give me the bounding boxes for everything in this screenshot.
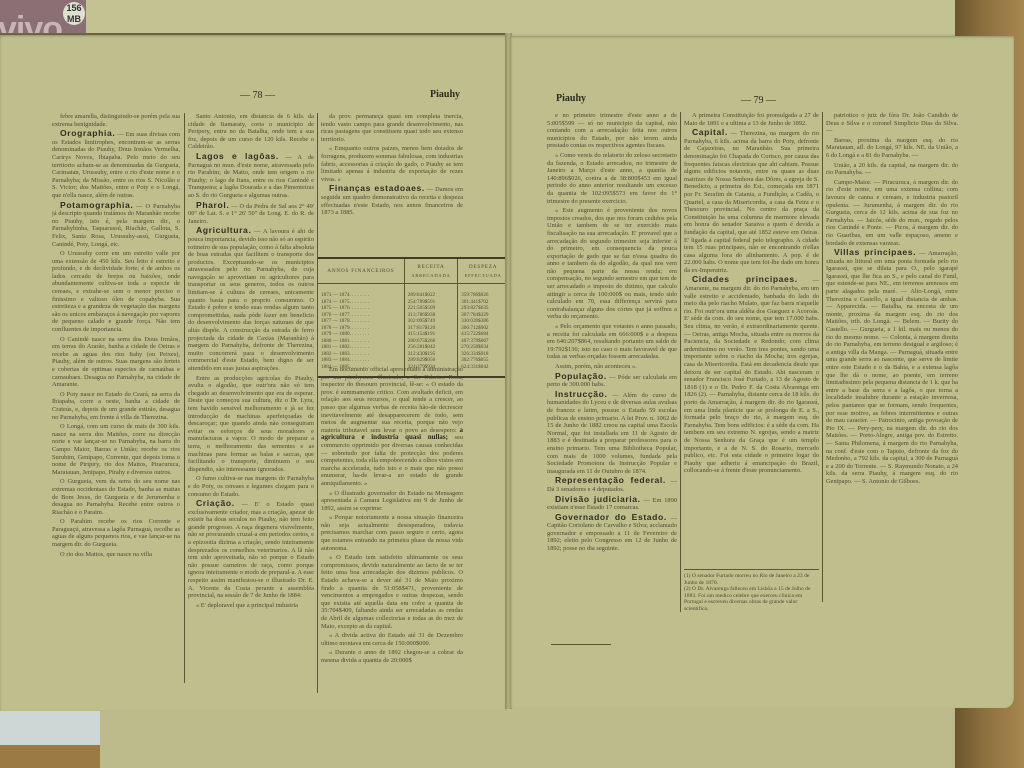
left-column-2: Santo Antonio, em distancia de 6 kils. d… — [188, 113, 314, 693]
running-head: Piauhy — [430, 89, 460, 100]
paragraph: febre amarella, distinguindo-se porém pe… — [52, 113, 180, 128]
finance-table: ANNOS FINANCEIROS RECEITAARRECADADA DESP… — [318, 257, 508, 378]
right-page: Piauhy — 79 — e no primeiro trimestre d'… — [511, 36, 1014, 708]
paragraph: A primeira Constituição foi promulgada a… — [684, 112, 819, 127]
paragraph: « Pelo orçamento que votastes o anno pas… — [547, 323, 677, 361]
paragraph: patriotico o juiz de fóra Dr. João Candi… — [826, 112, 958, 135]
section-heading: Divisão judiciaria. — [555, 494, 641, 504]
paragraph: « O illustrado governador do Estado na M… — [321, 490, 463, 513]
paragraph: — Em suas divisas com os Estados limitro… — [52, 131, 180, 199]
paragraph: « Como vereis do relatorio do zeloso sec… — [547, 152, 677, 205]
paragraph: Em documento official apresentado á admi… — [321, 366, 463, 434]
end-rule — [551, 644, 611, 645]
section-heading: Villas principaes. — [834, 247, 916, 257]
table-row: 1875 — 1876. . . . . . . .221:505$509293… — [318, 305, 508, 312]
section-heading: Capital. — [692, 127, 728, 137]
footnote: (2) O Dr. Alvarenga falleceu em Lisbôa a… — [684, 586, 819, 612]
table-row: 1883 — 1884. . . . . . . .289:829$050302… — [318, 357, 508, 364]
paragraph: — A lavoura é ahi de pouca importancia, … — [188, 228, 314, 372]
table-row: 1873 — 1874. . . . . . . .289:841$022359… — [318, 284, 508, 299]
column-divider — [184, 113, 185, 683]
left-column-3-top: da prov. permaneça quasi em completa ine… — [321, 113, 463, 225]
running-head: Piauhy — [556, 93, 586, 104]
background-sim-card: vivo 156 MB — [0, 0, 86, 36]
paragraph: Barras, proxima da margem esq. do rio Ma… — [826, 137, 958, 160]
right-column-1: e no primeiro trimestre d'este anno a de… — [547, 112, 677, 612]
paragraph: Santo Antonio, em distancia de 6 kils. d… — [188, 113, 314, 151]
table-header: ANNOS FINANCEIROS — [318, 259, 404, 284]
right-column-2: A primeira Constituição foi promulgada a… — [684, 112, 819, 565]
paragraph: — E' o Estado quasi exclusivamente criad… — [188, 501, 314, 599]
paragraph: O Urussuhy corre em um estreito valle po… — [52, 250, 180, 334]
column-divider — [317, 113, 318, 693]
section-heading: Instrucção. — [555, 389, 607, 399]
table-header: RECEITAARRECADADA — [404, 259, 457, 284]
paragraph: « O Estado tem satisfeito ultimamente os… — [321, 554, 463, 630]
paragraph: O rio dos Mattos, que nasce na villa — [52, 551, 180, 559]
paragraph: — Amarração, situada no littoral em uma … — [826, 250, 958, 485]
table-header: DESPEZAEFFECTUADA — [458, 259, 508, 284]
table-row: 1879 — 1880. . . . . . . .415:154$191415… — [318, 331, 508, 338]
footnote: (1) O senador Furtado morreu no Rio de J… — [684, 573, 819, 586]
table-row: 1881 — 1882. . . . . . . .256:281$042270… — [318, 344, 508, 351]
footnote-rule — [684, 569, 819, 570]
table-row: 1877 — 1878. . . . . . . .302:095$749330… — [318, 318, 508, 325]
background-surface — [86, 0, 961, 34]
right-column-3: patriotico o juiz de fóra Dr. João Candi… — [826, 112, 958, 602]
paragraph: O Parahim recebe os rios Corrente e Para… — [52, 518, 180, 548]
paragraph: O fumo cultiva-se nas margens do Parnahy… — [188, 475, 314, 498]
paragraph: da prov. permaneça quasi em completa ine… — [321, 113, 463, 143]
page-number: — 79 — — [741, 95, 776, 106]
paragraph: Assim, porém, não aconteceu ». — [547, 363, 677, 371]
page-number: — 78 — — [240, 90, 275, 101]
paragraph: « Durante o anno de 1892 chegou-se a cob… — [321, 649, 463, 664]
paragraph: — Therezina, na margem do rio Parnahyba,… — [684, 130, 819, 274]
footnotes: (1) O senador Furtado morreu no Rio de J… — [684, 573, 819, 613]
left-column-1: febre amarella, distinguindo-se porém pe… — [52, 113, 180, 703]
paragraph: « E' deploravel que a principal industri… — [188, 602, 314, 610]
paragraph: « Este augmento é proveniente dos novos … — [547, 207, 677, 321]
paragraph: — Além do curso de humanidades do Lyceu … — [547, 392, 677, 475]
left-page: — 78 — Piauhy febre amarella, distinguin… — [0, 33, 506, 711]
paragraph: O Poty nasce no Estado do Ceará, na serr… — [52, 391, 180, 421]
paragraph: Entre as producções agricolas do Piauhy,… — [188, 375, 314, 474]
column-divider — [680, 112, 681, 612]
paragraph: — A de Parnaguá no mun. d'este nome, atr… — [188, 154, 314, 199]
paragraph: — Amarante, na margem dir. do rio Parnah… — [684, 277, 819, 474]
quote: « Emquanto outros paizes, menos bem dota… — [321, 145, 463, 183]
section-heading: Criação. — [196, 498, 235, 508]
section-heading: Governador do Estado. — [555, 512, 667, 522]
section-heading: Representação federal. — [555, 475, 666, 485]
paragraph: O Canindé nasce na serra dos Dous Irmãos… — [52, 336, 180, 389]
background-blue-object — [0, 705, 100, 745]
paragraph: e no primeiro trimestre d'este anno a de… — [547, 112, 677, 150]
paragraph: Campo-Maior. — Piracuruca, á margem dir.… — [826, 179, 958, 247]
section-heading: Orographia. — [60, 128, 115, 138]
section-heading: Finanças estadoaes. — [329, 183, 425, 193]
column-divider — [822, 112, 823, 602]
section-heading: Potamographia. — [60, 200, 133, 210]
paragraph: « Porque notoriamente a nossa situação f… — [321, 514, 463, 552]
section-heading: Pharol. — [196, 200, 229, 210]
left-column-3-bottom: Em documento official apresentado á admi… — [321, 366, 463, 692]
paragraph: O Longá, com um curso de mais de 300 kil… — [52, 423, 180, 476]
paragraph: « A divida activa do Estado até 31 de De… — [321, 632, 463, 647]
section-heading: Lagos e lagôas. — [196, 151, 279, 161]
paragraph: União, a 20 kils. da capital, na margem … — [826, 162, 958, 177]
section-heading: População. — [555, 371, 607, 381]
paragraph: — O Parnahyba já descripto quando tratám… — [52, 203, 180, 248]
section-heading: Agricultura. — [196, 225, 251, 235]
paragraph: O Gurgueia, vem da serra do seu nome nas… — [52, 478, 180, 516]
section-heading: Cidades principaes. — [692, 274, 798, 284]
card-badge: 156 MB — [63, 2, 85, 25]
